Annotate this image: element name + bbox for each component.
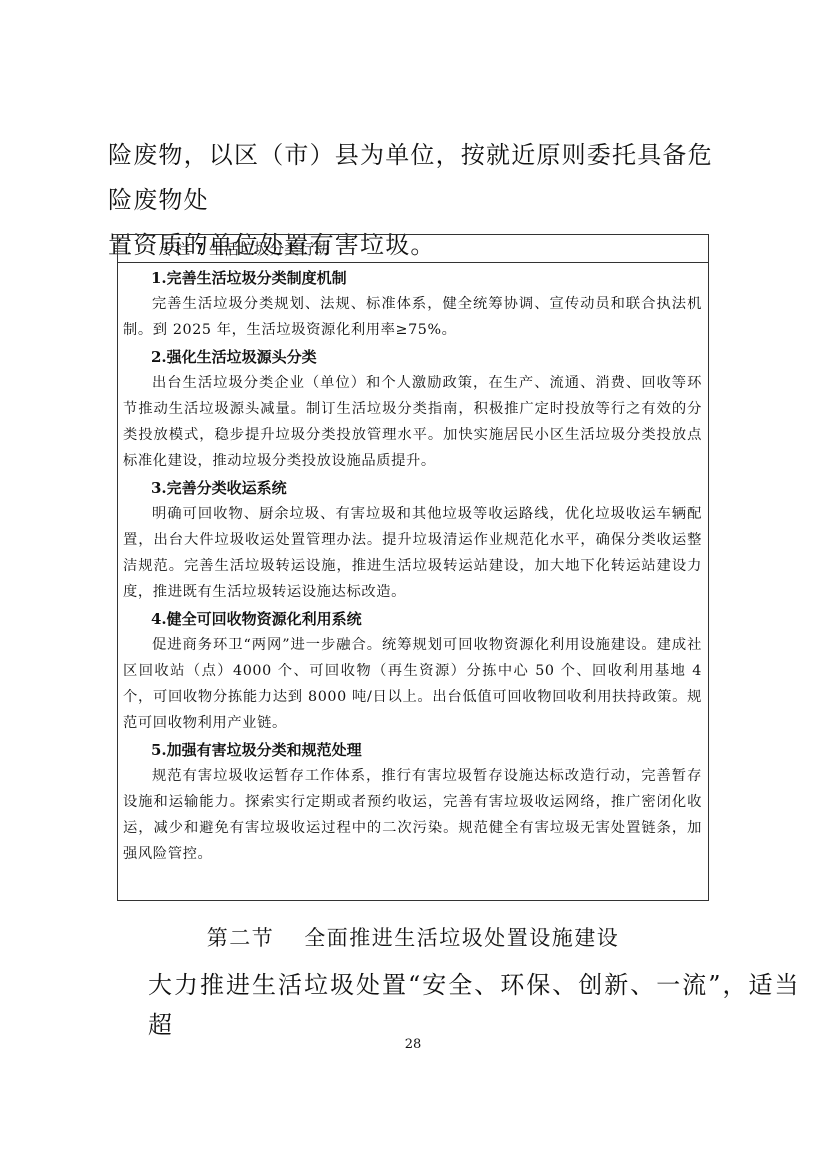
box-section-body: 完善生活垃圾分类规划、法规、标准体系，健全统筹协调、宣传动员和联合执法机制。到 … [123, 291, 702, 343]
box-section-body: 促进商务环卫“两网”进一步融合。统筹规划可回收物资源化利用设施建设。建成社区回收… [123, 632, 702, 737]
box-section-body: 规范有害垃圾收运暂存工作体系，推行有害垃圾暂存设施达标改造行动，完善暂存设施和运… [123, 763, 702, 868]
section-heading: 第二节全面推进生活垃圾处置设施建设 [0, 922, 826, 952]
section-number: 第二节 [207, 926, 275, 950]
box-section-body: 明确可回收物、厨余垃圾、有害垃圾和其他垃圾等收运路线，优化垃圾收运车辆配置，出台… [123, 501, 702, 606]
box-title: 专栏 7 生活垃圾分类行动 [118, 235, 708, 263]
box-section-heading: 4.健全可回收物资源化利用系统 [123, 606, 702, 632]
box-section-body: 出台生活垃圾分类企业（单位）和个人激励政策，在生产、流通、消费、回收等环节推动生… [123, 370, 702, 475]
section-title-text: 全面推进生活垃圾处置设施建设 [304, 926, 619, 950]
box-section-heading: 2.强化生活垃圾源头分类 [123, 344, 702, 370]
box-section-heading: 5.加强有害垃圾分类和规范处理 [123, 737, 702, 763]
feature-box: 专栏 7 生活垃圾分类行动 1.完善生活垃圾分类制度机制 完善生活垃圾分类规划、… [117, 234, 709, 901]
page-number: 28 [0, 1037, 826, 1052]
closing-paragraph: 大力推进生活垃圾处置“安全、环保、创新、一流”，适当超 [148, 965, 826, 1045]
box-body: 1.完善生活垃圾分类制度机制 完善生活垃圾分类规划、法规、标准体系，健全统筹协调… [118, 263, 708, 868]
intro-line: 险废物，以区（市）县为单位，按就近原则委托具备危险废物处 [108, 133, 723, 223]
box-section-heading: 3.完善分类收运系统 [123, 475, 702, 501]
box-section-heading: 1.完善生活垃圾分类制度机制 [123, 265, 702, 291]
